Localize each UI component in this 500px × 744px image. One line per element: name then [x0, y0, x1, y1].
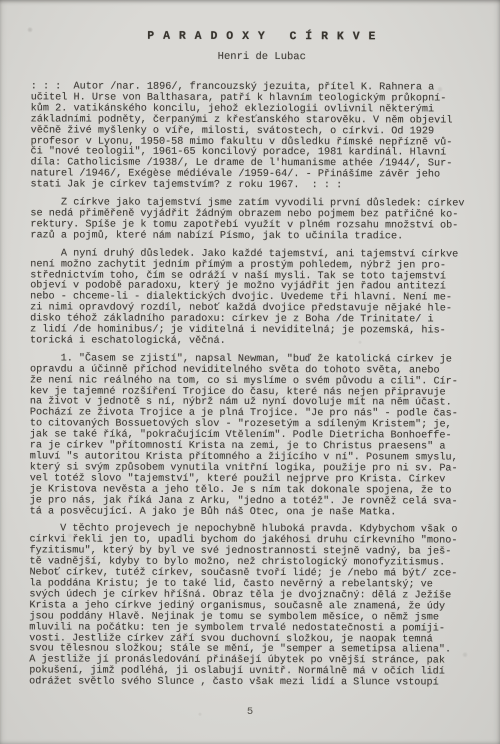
- author-name: Henri de Lubac: [31, 50, 493, 63]
- paragraph: V těchto projevech je nepochybně hluboká…: [29, 525, 491, 690]
- paragraph: A nyní druhý důsledek. Jako každé tajems…: [30, 249, 492, 348]
- page-title: P A R A D O X Y C Í R K V E: [31, 29, 493, 43]
- body-text: : : : Autor /nar. 1896/, francouzský jez…: [29, 82, 493, 689]
- paragraph: Z církve jako tajemství jsme zatím vyvod…: [30, 198, 492, 243]
- page-content: P A R A D O X Y C Í R K V E Henri de Lub…: [29, 29, 493, 696]
- scanned-page: P A R A D O X Y C Í R K V E Henri de Lub…: [0, 0, 500, 744]
- paragraph: 1. "Časem se zjistí", napsal Newman, "bu…: [30, 354, 492, 519]
- paragraph-intro: : : : Autor /nar. 1896/, francouzský jez…: [30, 82, 492, 192]
- page-number: 5: [0, 706, 500, 718]
